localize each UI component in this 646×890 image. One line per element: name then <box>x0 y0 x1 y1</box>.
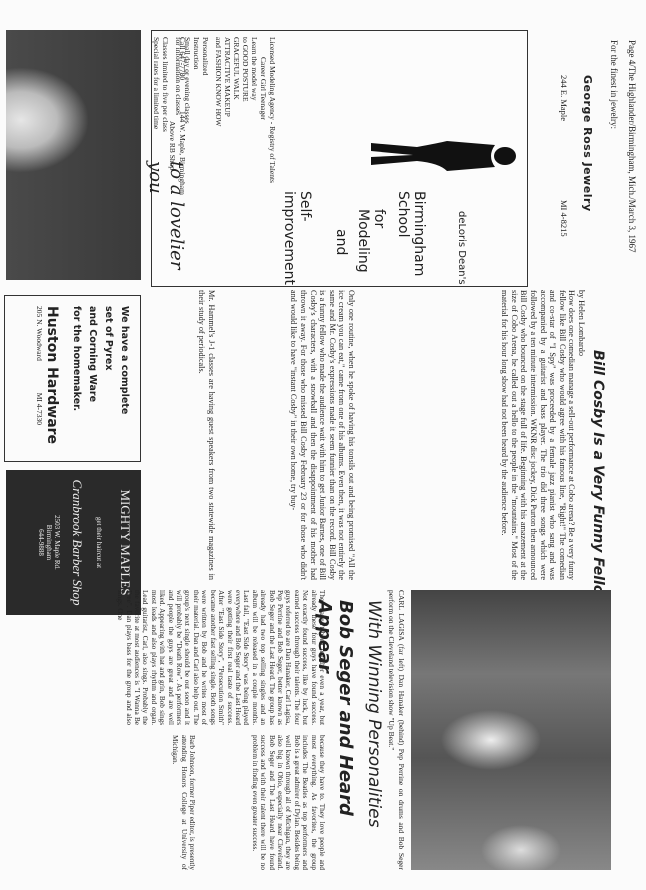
barber-address: 2503 W. Maple Rd. <box>53 470 61 615</box>
learn-text: Learn the model way <box>250 37 259 277</box>
cosby-col1: How does one comedian manage a sell-out … <box>500 290 577 580</box>
hardware-line: for the homemaker. <box>68 306 84 451</box>
seger-headline1: With Winning Personalities <box>364 600 384 827</box>
learn-item: GRACEFUL WALK <box>232 37 241 277</box>
band-caption: CARL LAGISA (far left) Dan Hanaker (behi… <box>387 590 406 870</box>
agency-sub: Career Girl Teenager <box>259 37 268 277</box>
newspaper-page: Page 4/The Highlander/Birmingham, Mich./… <box>0 0 646 890</box>
hardware-phone: MI 4-7330 <box>35 393 44 425</box>
portrait-photo <box>6 30 141 280</box>
seger-col1: They haven't been together even a year, … <box>116 590 326 725</box>
jewelry-ad: For the finest in jewelry: <box>608 40 618 340</box>
learn-item: and FASHION KNOW HOW <box>214 37 223 277</box>
modeling-line1: Birmingham School <box>395 191 427 286</box>
cosby-col2: Only one routine, when he spoke of havin… <box>289 290 356 580</box>
modeling-script: to a lovelier you <box>145 161 187 286</box>
hardware-line: We have a complete <box>116 306 132 451</box>
hardware-ad: We have a complete set of Pyrex and Corn… <box>4 295 141 462</box>
hardware-address: 205 N. Woodward <box>35 306 44 361</box>
modeling-line2: for Modeling <box>355 209 387 286</box>
hardware-line: set of Pyrex <box>100 306 116 451</box>
learn-item: ATTRACTIVE MAKEUP <box>223 37 232 277</box>
jewelry-name: George Ross Jewelry <box>581 75 594 212</box>
agency-text: Licensed Modeling Agency - Registry of T… <box>268 37 277 277</box>
jewelry-tagline: For the finest in jewelry: <box>608 40 618 340</box>
model-silhouette-icon <box>367 121 517 191</box>
modeling-ad: deLoris Dean's Birmingham School for Mod… <box>151 30 528 287</box>
hardware-name: Huston Hardware <box>44 296 60 461</box>
modeling-phone: Call 647-7780 <box>177 37 187 80</box>
cosby-byline: by Helen Lombardo <box>576 290 586 580</box>
jewelry-address: 244 E. Maple <box>558 75 568 121</box>
barber-city: Birmingham <box>45 470 53 615</box>
modeling-owner: deLoris Dean's <box>456 211 467 285</box>
barber-sub: get their haircut at <box>95 470 103 615</box>
cosby-article: by Helen Lombardo How does one comedian … <box>500 290 586 580</box>
modeling-line4: Self-improvement <box>281 191 313 286</box>
page-folio: Page 4/The Highlander/Birmingham, Mich./… <box>626 40 636 460</box>
learn-item: to GOOD POSTURE <box>241 37 250 277</box>
seger-col2: because they have to. They love people a… <box>250 735 326 870</box>
personalized-text: Personalized <box>201 37 210 277</box>
seger-note: Barb Johnson, former Piper editor, is pr… <box>171 735 196 870</box>
jewelry-phone: MI 4-8215 <box>558 200 568 237</box>
barber-phone: 644-9888 <box>37 470 45 615</box>
instruction-text: Instruction <box>192 37 201 277</box>
band-photo <box>411 590 611 870</box>
modeling-line3: and <box>333 229 349 255</box>
hardware-line: and Corning Ware <box>84 306 100 451</box>
cosby-headline: Bill Cosby Is a Very Funny Fellow <box>590 350 606 607</box>
cosby-note: Mr. Hammel's J-1 classes are having gues… <box>197 290 216 580</box>
barber-name: Cranbrook Barber Shop <box>69 470 85 615</box>
